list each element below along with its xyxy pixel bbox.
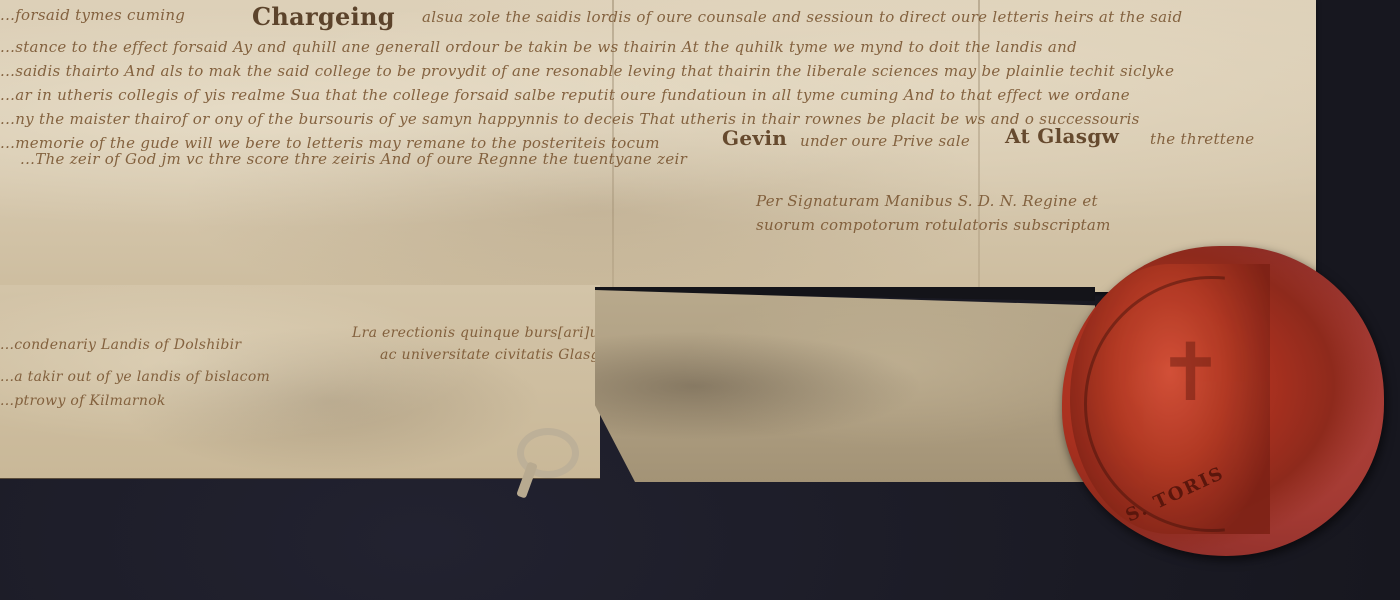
charter-turnup-fold: ...condenariy Landis of Dolshibir ...a t… [0, 285, 600, 479]
charter-line-tail: alsua zole the saidis lordis of oure cou… [422, 8, 1182, 26]
dorse-note: ...a takir out of ye landis of bislacom [0, 369, 270, 385]
charter-line: ...The zeir of God jm vc thre score thre… [20, 150, 687, 168]
parchment-seal-strap [595, 290, 1095, 482]
dorse-note: ...condenariy Landis of Dolshibir [0, 337, 241, 353]
signature-line: Per Signaturam Manibus S. D. N. Regine e… [756, 192, 1098, 210]
charter-line-tail: the threttene [1150, 130, 1254, 148]
seal-figure-icon: ✝ [1157, 326, 1224, 419]
red-wax-seal: ✝ S. TORIS [1062, 246, 1384, 556]
charter-parchment: ...forsaid tymes cuming Chargeing alsua … [0, 0, 1316, 292]
charter-line: ...ny the maister thairof or ony of the … [0, 110, 1140, 128]
dorse-note: ...ptrowy of Kilmarnok [0, 393, 166, 409]
charter-line: ...stance to the effect forsaid Ay and q… [0, 38, 1077, 56]
charter-line: ...saidis thairto And als to mak the sai… [0, 62, 1174, 80]
signature-line: suorum compotorum rotulatoris subscripta… [756, 216, 1111, 234]
charter-line: ...forsaid tymes cuming [0, 6, 185, 24]
emphasized-word-at-glasgow: At Glasgw [1005, 124, 1119, 148]
emphasized-word-chargeing: Chargeing [252, 2, 395, 31]
emphasized-word-gevin: Gevin [722, 126, 787, 150]
charter-line: ...ar in utheris collegis of yis realme … [0, 86, 1130, 104]
charter-line-tail: under oure Prive sale [800, 132, 970, 150]
